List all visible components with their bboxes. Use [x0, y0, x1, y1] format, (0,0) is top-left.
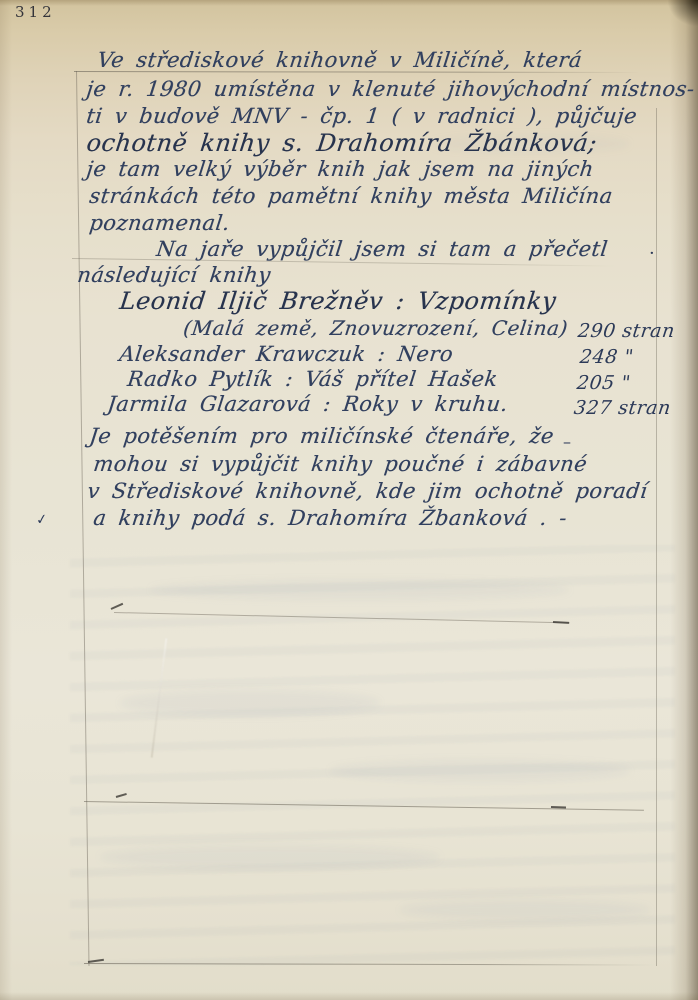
manuscript-line: Leonid Iljič Brežněv : Vzpomínky — [118, 287, 558, 315]
page-count: 248 " — [579, 346, 635, 368]
pen-tick — [116, 793, 127, 798]
page-bottom-shadow — [0, 992, 698, 1000]
manuscript-line: je tam velký výběr knih jak jsem na jiný… — [85, 157, 595, 181]
manuscript-line: v Střediskové knihovně, kde jim ochotně … — [86, 479, 649, 503]
ruled-line-middle — [114, 612, 570, 623]
inline-dash-mark: – — [563, 432, 571, 451]
manuscript-line: (Malá země, Znovuzrození, Celina) — [182, 316, 569, 340]
page-right-shadow — [670, 0, 698, 1000]
show-through-smudge — [100, 845, 440, 869]
show-through-smudge — [150, 580, 570, 600]
page-left-shadow — [0, 0, 12, 1000]
margin-line-right — [656, 108, 657, 966]
inline-dot-mark: · — [649, 243, 655, 264]
page-number: 312 — [15, 3, 56, 21]
manuscript-line: Radko Pytlík : Váš přítel Hašek — [126, 367, 499, 391]
page-top-shadow — [0, 0, 698, 6]
manuscript-line: a knihy podá s. Drahomíra Žbanková . - — [92, 506, 568, 530]
manuscript-line: je r. 1980 umístěna v klenuté jihovýchod… — [85, 77, 696, 101]
manuscript-line: následující knihy — [76, 263, 272, 287]
manuscript-line: ochotně knihy s. Drahomíra Žbánková; — [85, 129, 599, 157]
page-count: 327 stran — [573, 397, 673, 419]
paper-crease — [151, 638, 168, 757]
manuscript-line: Ve střediskové knihovně v Miličíně, kter… — [96, 48, 583, 72]
manuscript-line: mohou si vypůjčit knihy poučné i zábavné — [92, 452, 589, 476]
page-count: 205 " — [576, 372, 632, 394]
margin-check-mark: ✓ — [35, 511, 49, 528]
pen-tick — [111, 603, 124, 610]
page-count: 290 stran — [577, 320, 677, 342]
manuscript-line: Aleksander Krawczuk : Nero — [118, 342, 455, 366]
page-corner-shadow — [668, 0, 698, 26]
manuscript-line: ti v budově MNV - čp. 1 ( v radnici ), p… — [85, 104, 638, 128]
manuscript-line: Je potěšením pro miličínské čtenáře, že — [88, 424, 555, 448]
manuscript-line: Na jaře vypůjčil jsem si tam a přečetl — [155, 237, 609, 261]
ink-show-through — [70, 545, 675, 965]
manuscript-line: poznamenal. — [88, 211, 231, 235]
chronicle-page-scan: 312 Ve střediskové knihovně v Miličíně, … — [0, 0, 698, 1000]
manuscript-line: stránkách této pamětní knihy města Milič… — [88, 184, 614, 208]
pen-tick — [553, 621, 569, 624]
show-through-smudge — [400, 900, 650, 920]
ruled-line-bottom — [84, 963, 656, 965]
show-through-smudge — [330, 760, 630, 782]
manuscript-line: Jarmila Glazarová : Roky v kruhu. — [106, 392, 509, 416]
